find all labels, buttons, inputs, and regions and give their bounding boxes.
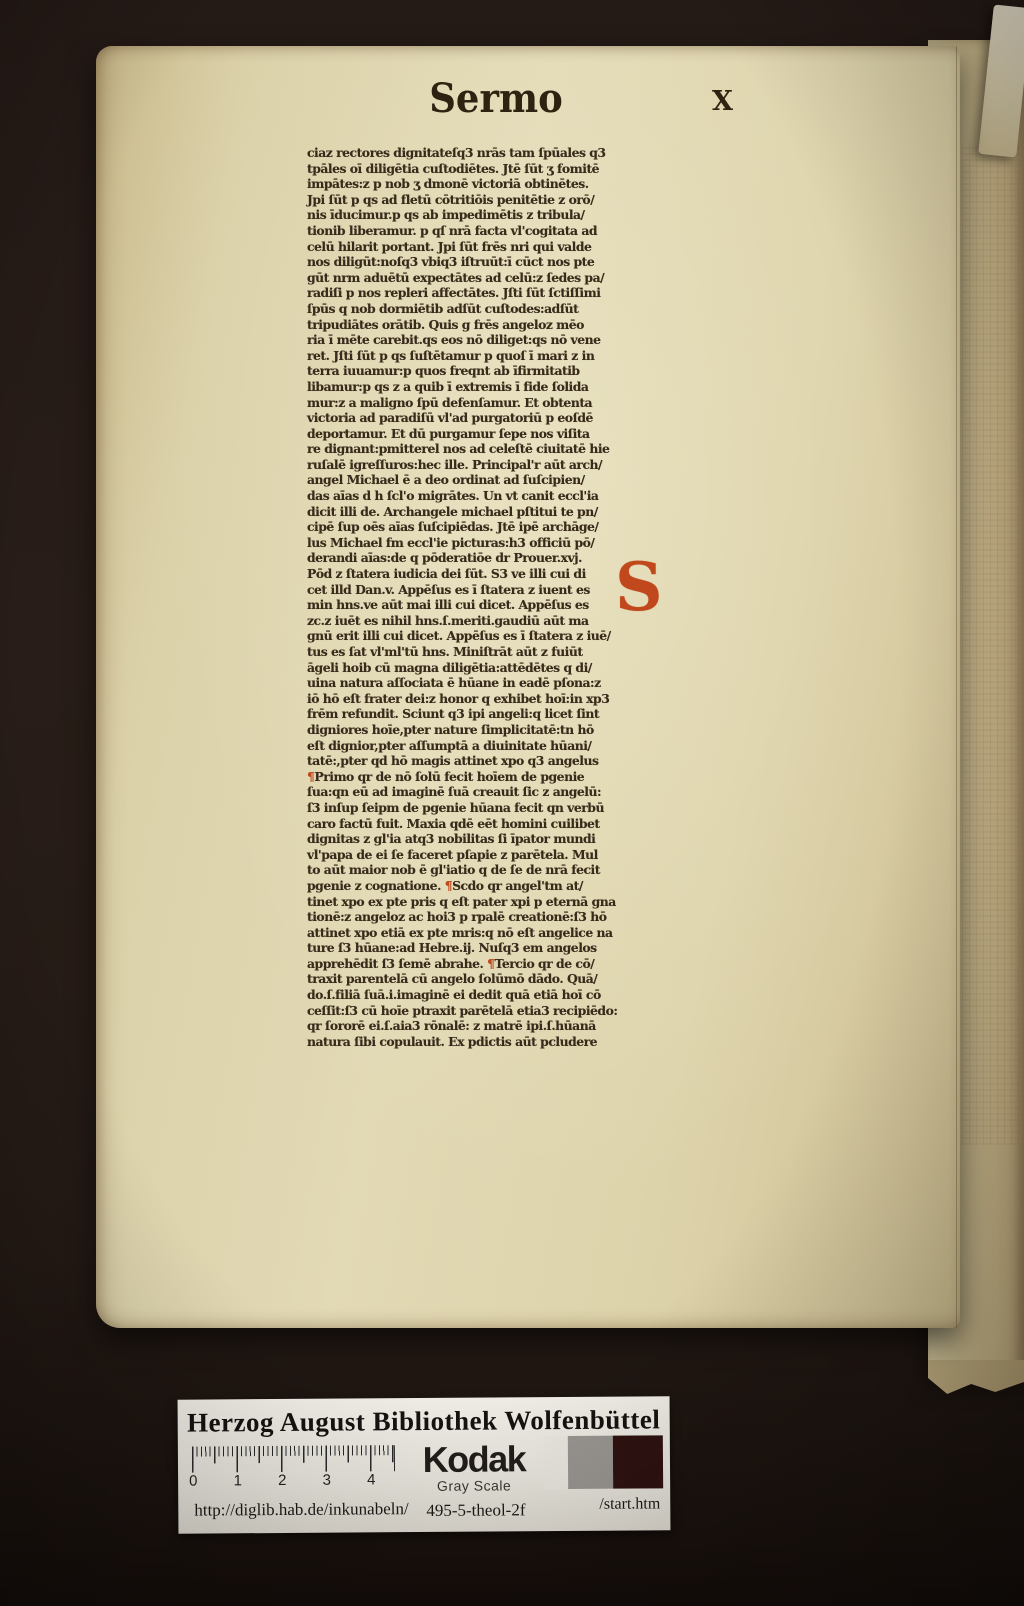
text-line: ciaz rectores dignitateſq3 nrās tam ſpūa… [307, 145, 613, 161]
text-line: lus Michael fm eccl'ie picturas:h3 offic… [307, 535, 613, 551]
text-line: ſpūs q nob dormiētib adſūt cuſtodes:adſū… [307, 301, 613, 317]
page-number: X [712, 86, 733, 117]
text-line: libamur:p qs z a quib ī extremis ī fide … [307, 379, 613, 395]
grayscale-patch-white [544, 1436, 568, 1489]
text-line: nis īducimur.p qs ab impedimētis z tribu… [307, 207, 613, 223]
kodak-logo: Kodak [406, 1441, 542, 1478]
text-line: tatē:,pter qd hō magis attinet xpo q3 an… [307, 753, 613, 769]
text-line: nos diligūt:noſq3 vbiq3 iſtruūt:ī cūct n… [307, 254, 613, 270]
text-line: pgenie z cognatione. ¶Scdo qr angel'tm a… [307, 878, 613, 894]
text-line: tripudiātes orātib. Quis g frēs angeloz … [307, 317, 613, 333]
text-line: āgeli hoib cū magna diligētia:attēdētes … [307, 660, 613, 676]
page-showthrough-texture [962, 145, 1020, 1145]
text-line: re dignant:pmitterel nos ad celeſtē ciui… [307, 441, 613, 457]
kodak-block: Kodak Gray Scale [406, 1441, 542, 1494]
text-line: gūt nrm aduētū expectātes ad celū:z ſede… [307, 270, 613, 286]
text-line: mur:z a maligno ſpū defenſamur. Et obten… [307, 395, 613, 411]
text-line: traxit parentelā cū angelo ſolūmō dādo. … [307, 971, 613, 987]
text-line: ruſalē igreſſuros:hec ille. Principal'r … [307, 457, 613, 473]
text-line: dicit illi de. Archangele michael pſtitu… [307, 504, 613, 520]
text-line: ria ī mēte carebit.qs eos nō diliget:qs … [307, 332, 613, 348]
grayscale-patch-dark [613, 1435, 663, 1488]
book-page: Sermo X ciaz rectores dignitateſq3 nrās … [96, 46, 960, 1328]
text-line: zc.z iuēt es nihil hns.ſ.meriti.gaudiū a… [307, 613, 613, 629]
text-line: vl'papa de ei ſe faceret pſapie z parēte… [307, 847, 613, 863]
text-line: ture ſ3 hūane:ad Hebre.ij. Nuſq3 em ange… [307, 940, 613, 956]
text-line: gnū erit illi cui dicet. Appēſus es ī ſt… [307, 628, 613, 644]
text-line: ceſſit:ſ3 cū hoīe ptraxit parētelā etia3… [307, 1003, 613, 1019]
text-line: min hns.ve aūt mai illi cui dicet. Appēſ… [307, 597, 613, 613]
text-line: impātes:z p nob ʒ dmonē victoriā obtinēt… [307, 176, 613, 192]
text-line: to aūt maior nob ē gl'iatio q de ſe de n… [307, 862, 613, 878]
photo-background: Sermo X ciaz rectores dignitateſq3 nrās … [0, 0, 1024, 1606]
leaf-edge-line [956, 46, 957, 1328]
cm-ruler: 01234 [192, 1445, 394, 1490]
ruler-number: 0 [189, 1472, 234, 1489]
text-line: qr ſororē ei.ſ.aia3 rōnalē: z matrē ipi.… [307, 1018, 613, 1034]
library-name: Herzog August Bibliothek Wolfenbüttel [178, 1404, 670, 1438]
page-title: Sermo [396, 74, 596, 122]
start-page-link: /start.htm [599, 1495, 660, 1513]
text-line: victoria ad paradiſū vl'ad purgatoriū p … [307, 410, 613, 426]
grayscale-patch-gray [568, 1436, 613, 1489]
text-line: eſt dignior,pter aſſumptā a diuinitate h… [307, 738, 613, 754]
text-line: frēm refundit. Sciunt q3 ipi angeli:q li… [307, 706, 613, 722]
text-line: dignitas z gl'ia atq3 nobilitas ſi īpato… [307, 831, 613, 847]
text-line: apprehēdit ſ3 ſemē abrahe. ¶Tercio qr de… [307, 956, 613, 972]
text-line: do.ſ.filiā ſuā.i.imaginē ei dedit quā et… [307, 987, 613, 1003]
text-line: natura ſibi copulauit. Ex pdictis aūt pc… [307, 1034, 613, 1050]
text-line: tionē:z angeloz ac hoi3 p rpalē creation… [307, 909, 613, 925]
text-line: digniores hoīe,pter nature ſimplicitatē:… [307, 722, 613, 738]
text-line: Jpi ſūt p qs ad fletū cōtritiōis penitēt… [307, 192, 613, 208]
text-line: ¶Primo qr de nō ſolū fecit hoīem de pgen… [307, 769, 613, 785]
text-line: tpāles oī diligētia cuſtodiētes. Jtē ſūt… [307, 161, 613, 177]
digitization-url: http://diglib.hab.de/inkunabeln/ [194, 1499, 408, 1520]
next-leaf-corner [978, 4, 1024, 157]
text-line: derandi aīas:de q pōderatiōe dr Prouer.x… [307, 550, 613, 566]
text-line: caro factū fuit. Maxia qdē eēt homini cu… [307, 816, 613, 832]
text-line: tinet xpo ex pte pris q eſt pater xpi p … [307, 894, 613, 910]
ruler-number: 4 [367, 1471, 412, 1488]
text-line: attinet xpo etiā ex pte mris:q nō eſt an… [307, 925, 613, 941]
text-line: radiſi p nos repleri affectātes. Jſti ſū… [307, 285, 613, 301]
text-line: cipē ſup oēs aīas ſuſcipiēdas. Jtē ipē a… [307, 519, 613, 535]
text-line: uina natura aſſociata ē hūane in eadē pſ… [307, 675, 613, 691]
text-line: tionib liberamur. p qſ nrā facta vl'cogi… [307, 223, 613, 239]
text-column-left: ciaz rectores dignitateſq3 nrās tam ſpūa… [307, 145, 613, 1049]
text-line: ſ3 inſup ſeipm de pgenie hūana fecit qn … [307, 800, 613, 816]
library-label: Herzog August Bibliothek Wolfenbüttel 01… [178, 1396, 671, 1533]
ruler-number: 2 [278, 1472, 323, 1489]
text-line: das aīas d h ſcl'o migrātes. Un vt canit… [307, 488, 613, 504]
shelfmark: 495-5-theol-2f [426, 1500, 525, 1521]
text-line: cet illd Dan.v. Appēſus es ī ſtatera z i… [307, 582, 613, 598]
text-line: ſua:qn eū ad imaginē ſuā creauit ſic z a… [307, 784, 613, 800]
text-line: tus es ſat vl'ml'tū hns. Miniſtrāt aūt z… [307, 644, 613, 660]
text-line: terra iuuamur:p quos freqnt ab īfirmitat… [307, 363, 613, 379]
text-line: celū hilarit portant. Jpi ſūt frēs nri q… [307, 239, 613, 255]
ruler-number: 1 [234, 1472, 279, 1489]
ruler-ticks [192, 1445, 395, 1472]
text-line: ret. Jſti ſūt p qs ſuſtētamur p quoſ ī m… [307, 348, 613, 364]
drop-cap-initial: S [615, 557, 663, 617]
text-line: deportamur. Et dū purgamur ſepe nos viſi… [307, 426, 613, 442]
text-line: angel Michael ē a deo ordinat ad ſuſcipi… [307, 472, 613, 488]
ruler-numbers: 01234 [189, 1471, 412, 1490]
ruler-number: 3 [323, 1471, 368, 1488]
text-line: iō hō eſt frater dei:z honor q exhibet h… [307, 691, 613, 707]
text-line: Pōd z ſtatera iudicia dei ſūt. S3 ve ill… [307, 566, 613, 582]
fore-edge-bottom [928, 1360, 1024, 1400]
